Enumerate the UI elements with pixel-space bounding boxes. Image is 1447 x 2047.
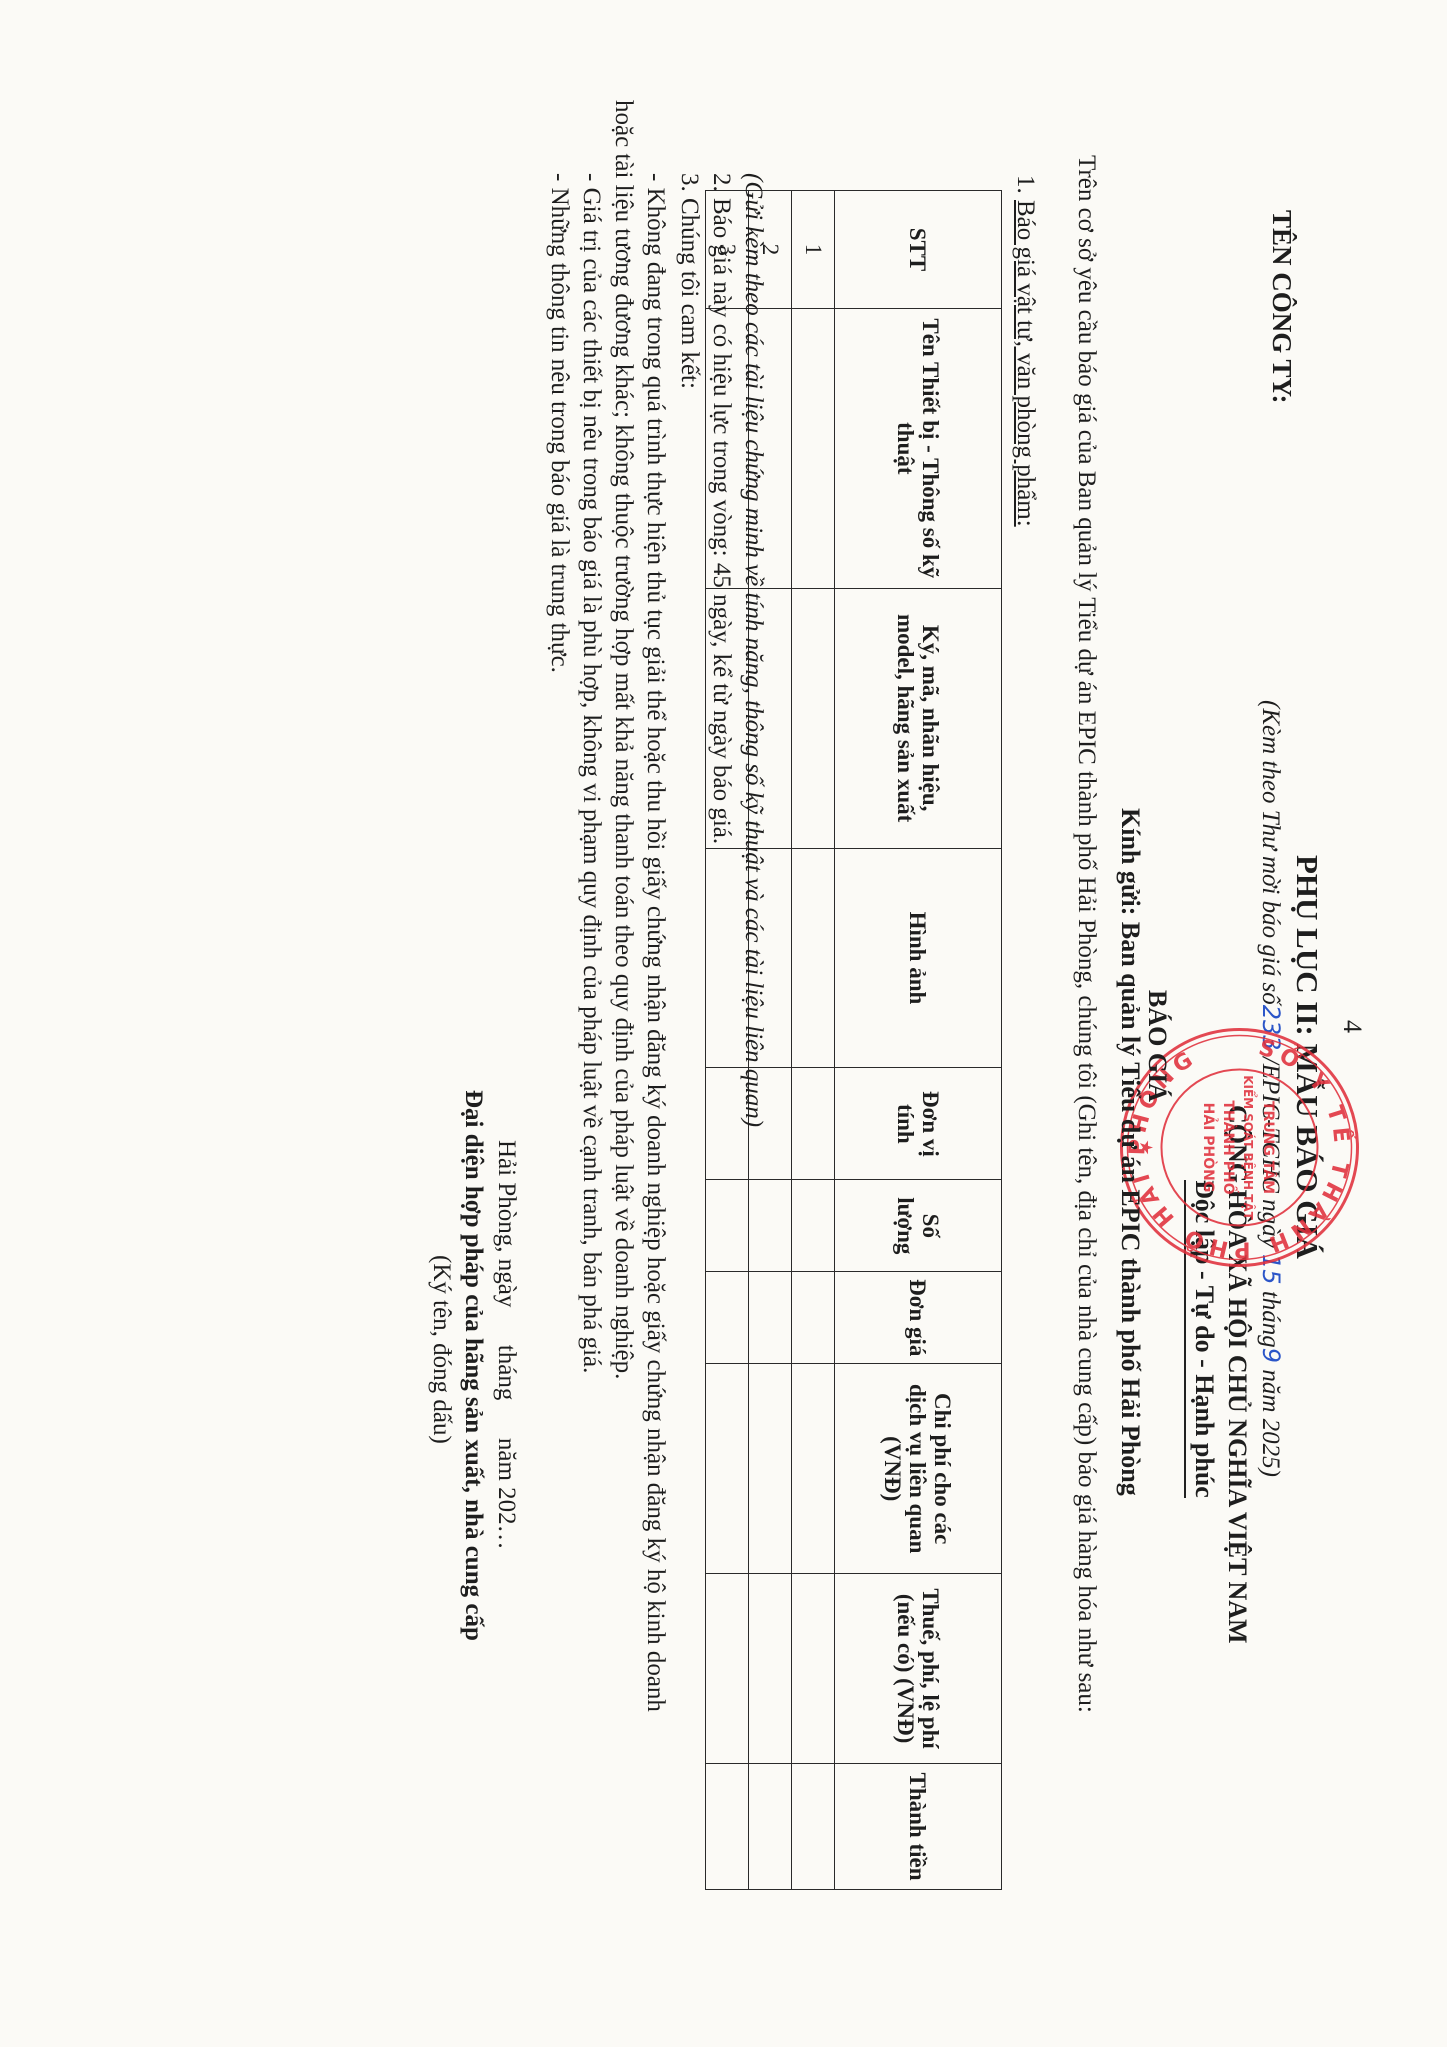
quote-title: BÁO GIÁ <box>1142 990 1172 1102</box>
col-header-equipment-name: Tên Thiết bị - Thông số kỹ thuật <box>835 308 1002 588</box>
signature-date-line: Hải Phòng, ngày tháng năm 202… <box>492 1140 520 1550</box>
recipient-line: Kính gửi: Ban quản lý Tiểu dự án EPIC th… <box>1115 808 1145 1496</box>
invite-month-label: tháng <box>1257 1291 1284 1348</box>
cell <box>792 308 835 588</box>
col-header-service-cost: Chi phí cho các dịch vụ liên quan (VNĐ) <box>835 1364 1002 1574</box>
section-1-number: 1. <box>1012 175 1039 194</box>
handwritten-month: 9 <box>1257 1348 1285 1363</box>
table-row: 1 <box>792 191 835 1890</box>
commitment-item: - Giá trị của các thiết bị nêu trong báo… <box>575 100 607 1760</box>
invite-ref-mid: /EPIC-TCHC ngày <box>1257 1057 1284 1248</box>
cell <box>706 1180 749 1272</box>
section-1-heading: 1. Báo giá vật tư, văn phòng phẩm: <box>1011 175 1039 527</box>
cell <box>749 1574 792 1764</box>
cell <box>792 848 835 1068</box>
col-header-unit-price: Đơn giá <box>835 1272 1002 1364</box>
col-header-total: Thành tiền <box>835 1763 1002 1889</box>
stamp-line-4: HẢI PHÒNG <box>1200 1103 1219 1193</box>
cell <box>749 1180 792 1272</box>
commitment-list: - Không đang trong quá trình thực hiện t… <box>543 100 671 1760</box>
appendix-title: PHỤ LỤC II: MẪU BÁO GIÁ <box>1289 855 1325 1259</box>
cell <box>749 1272 792 1364</box>
commitment-item: - Không đang trong quá trình thực hiện t… <box>607 100 671 1760</box>
cell <box>792 1574 835 1764</box>
invitation-reference: (Kèm theo Thư mời báo giá số233 /EPIC-TC… <box>1256 700 1285 1477</box>
col-header-image: Hình ảnh <box>835 848 1002 1068</box>
cell <box>706 1763 749 1889</box>
col-header-tax-fee: Thuế, phí, lệ phí (nếu có) (VNĐ) <box>835 1574 1002 1764</box>
table-header-row: STT Tên Thiết bị - Thông số kỹ thuật Ký,… <box>835 191 1002 1890</box>
cell <box>706 1272 749 1364</box>
handwritten-invite-number: 233 <box>1257 1005 1285 1051</box>
col-header-quantity: Số lượng <box>835 1180 1002 1272</box>
commitment-item: - Những thông tin nêu trong báo giá là t… <box>543 100 575 1760</box>
cell <box>792 1272 835 1364</box>
col-header-stt: STT <box>835 191 1002 309</box>
col-header-unit: Đơn vị tính <box>835 1068 1002 1180</box>
cell <box>749 1763 792 1889</box>
intro-paragraph: Trên cơ sở yêu cầu báo giá của Ban quản … <box>1070 100 1102 1960</box>
cell <box>706 1574 749 1764</box>
commitment-heading: 3. Chúng tôi cam kết: <box>675 173 703 389</box>
cell <box>706 1364 749 1574</box>
page-number: 4 <box>1337 1020 1367 1033</box>
cell <box>792 1068 835 1180</box>
nation-motto: Độc lập - Tự do - Hạnh phúc <box>1184 1180 1219 1498</box>
nation-title: CỘNG HÒA XÃ HỘI CHỦ NGHĨA VIỆT NAM <box>1222 1105 1252 1644</box>
section-1-label: Báo giá vật tư, văn phòng phẩm: <box>1012 200 1039 527</box>
cell <box>792 588 835 848</box>
signature-title: Đại diện hợp pháp của hãng sản xuất, nhà… <box>459 1090 487 1641</box>
signature-note: (Ký tên, đóng dấu) <box>427 1255 455 1444</box>
cell <box>792 1180 835 1272</box>
validity-statement: 2. Báo giá này có hiệu lực trong vòng: 4… <box>707 173 735 844</box>
invite-year-label: năm 2025) <box>1257 1369 1284 1477</box>
invite-ref-prefix: (Kèm theo Thư mời báo giá số <box>1257 700 1284 1005</box>
cell <box>792 1364 835 1574</box>
cell <box>749 1364 792 1574</box>
handwritten-day: 15 <box>1257 1254 1285 1285</box>
col-header-model: Ký, mã, nhãn hiệu, model, hãng sản xuất <box>835 588 1002 848</box>
document-page: 4 TÊN CÔNG TY: PHỤ LỤC II: MẪU BÁO GIÁ (… <box>0 0 1447 2047</box>
cell-stt: 1 <box>792 191 835 309</box>
cell <box>792 1763 835 1889</box>
company-name-label: TÊN CÔNG TY: <box>1266 210 1297 404</box>
attachment-note: (Gửi kèm theo các tài liệu chứng minh về… <box>739 173 767 1127</box>
